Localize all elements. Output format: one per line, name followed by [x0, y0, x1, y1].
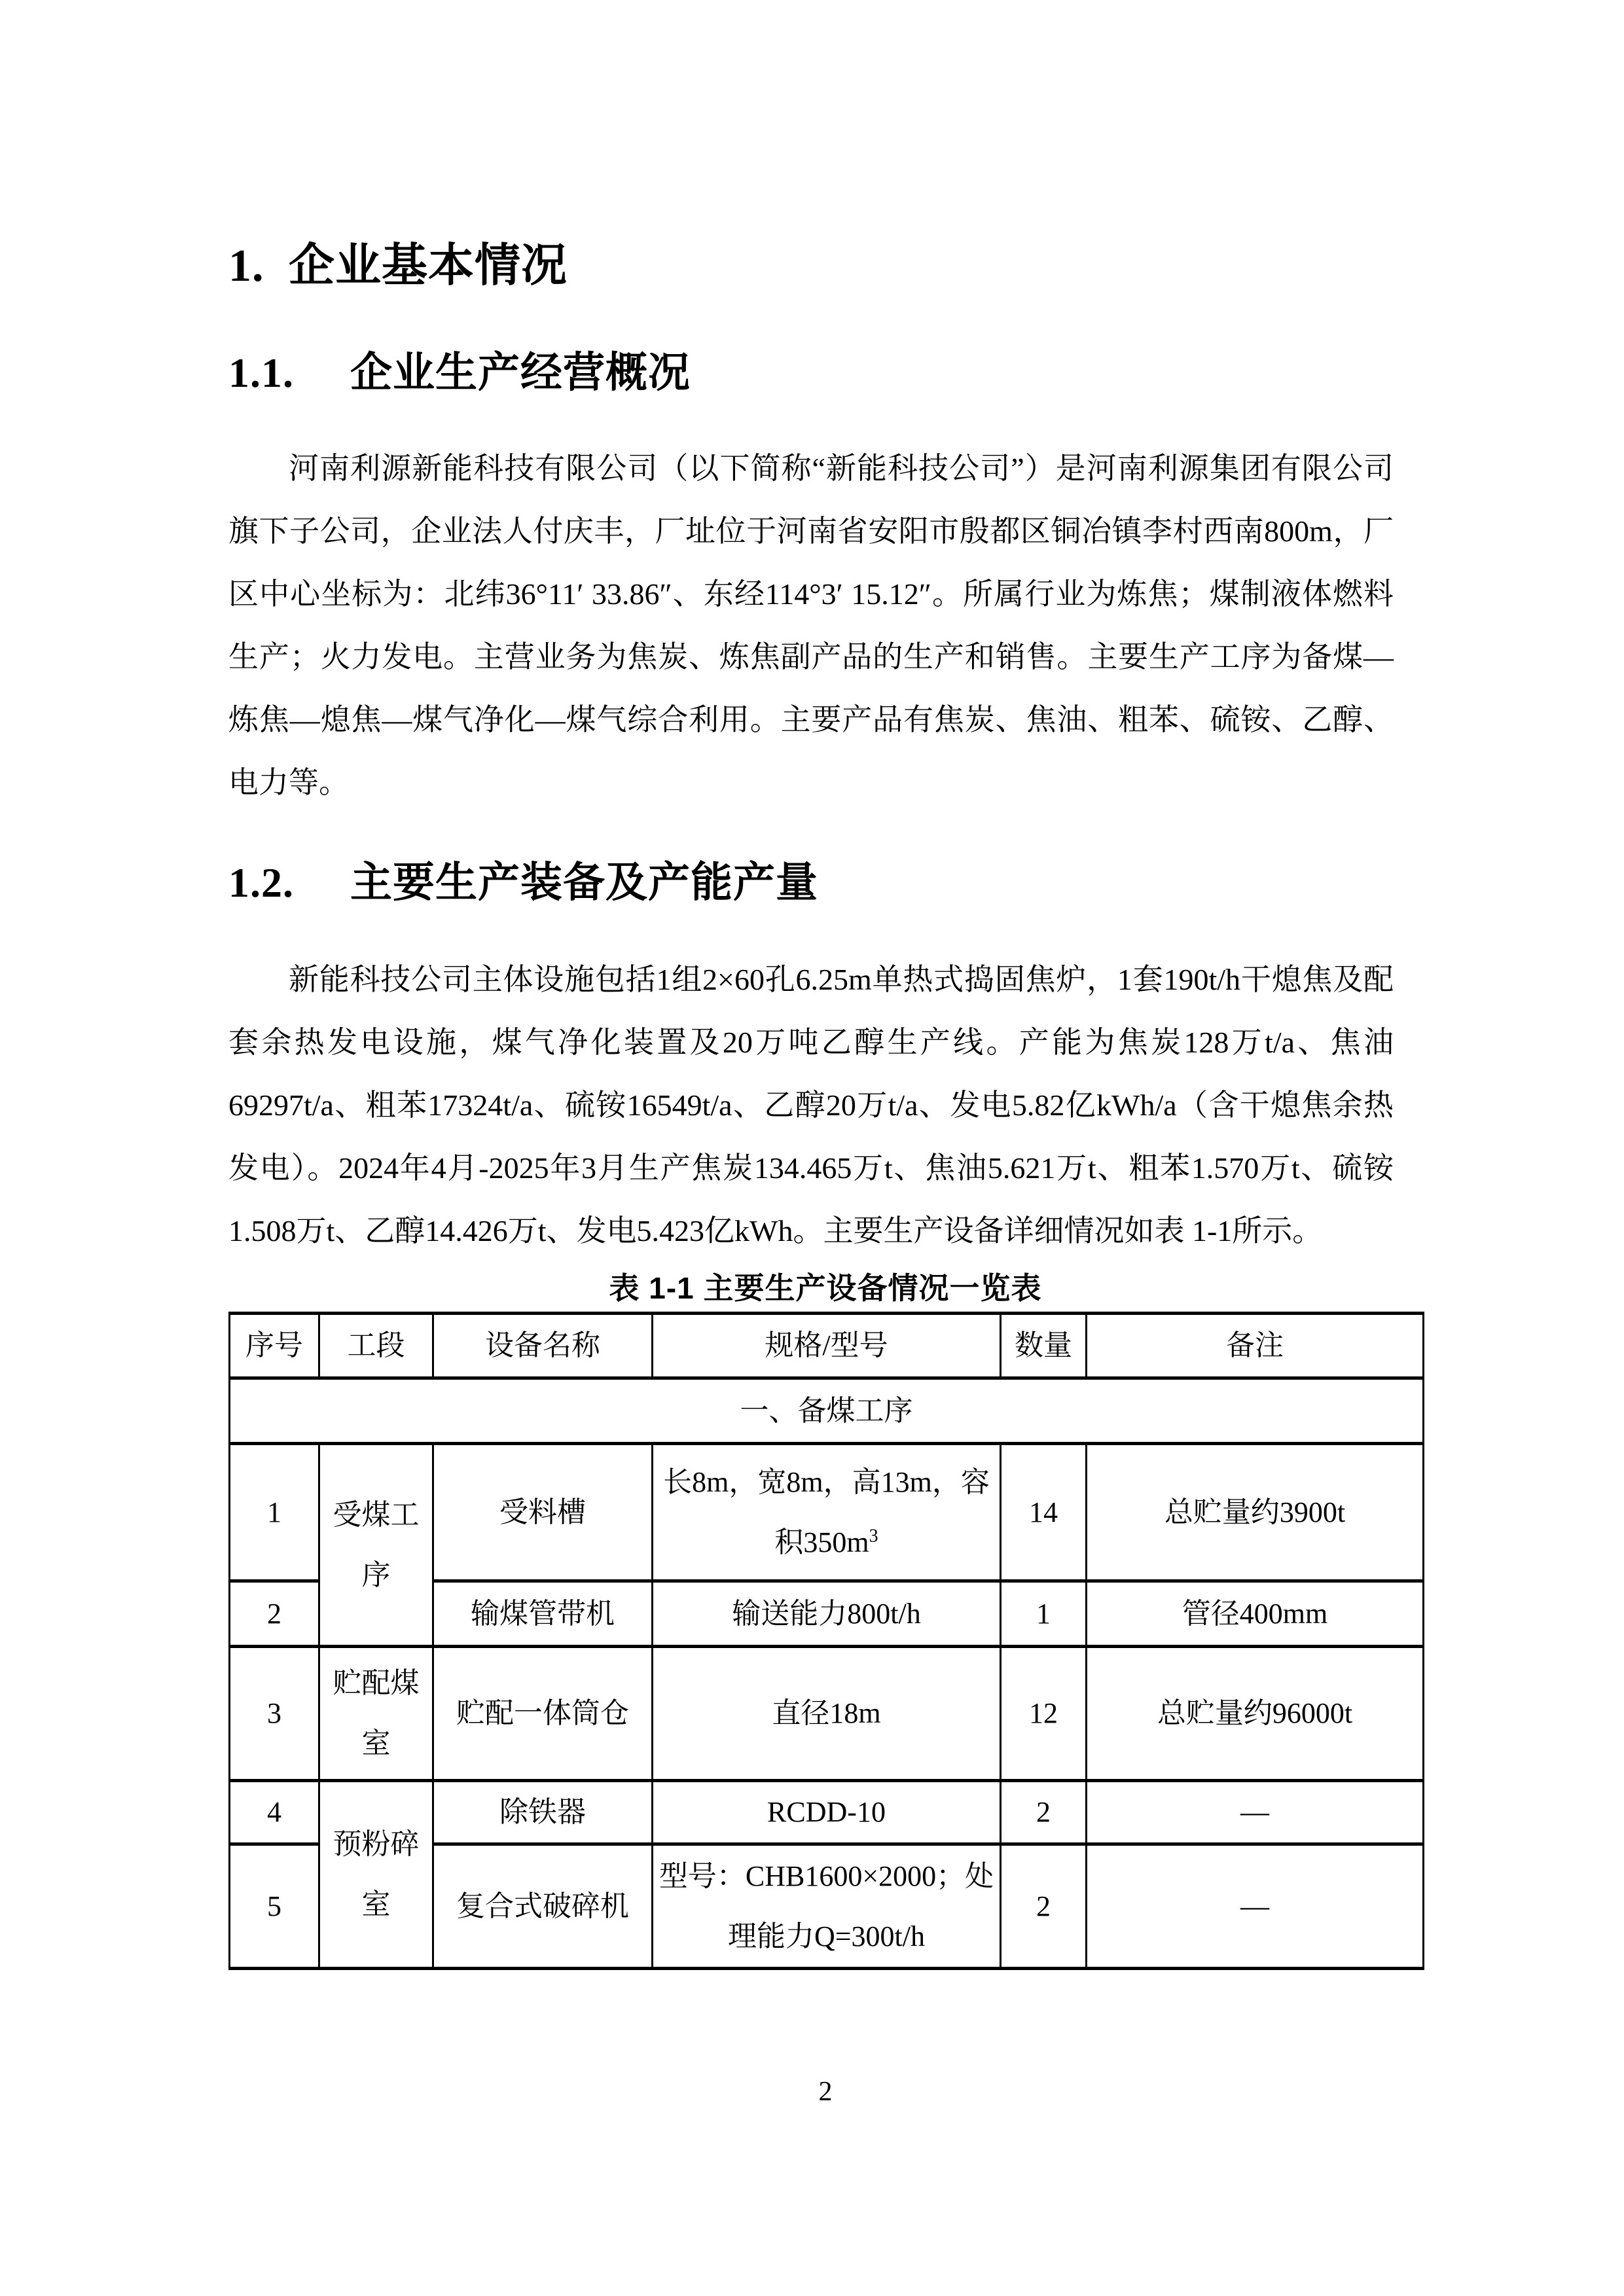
page-number: 2	[228, 2078, 1422, 2106]
cell-no: 2	[230, 1581, 319, 1647]
cell-stage: 预粉碎室	[319, 1781, 433, 1969]
paragraph-company-overview: 河南利源新能科技有限公司（以下简称“新能科技公司”）是河南利源集团有限公司旗下子…	[228, 437, 1422, 814]
cell-note: —	[1087, 1781, 1424, 1844]
cell-no: 3	[230, 1647, 319, 1781]
superscript: 3	[869, 1526, 878, 1546]
cell-note: 总贮量约3900t	[1087, 1444, 1424, 1581]
cell-qty: 2	[1001, 1781, 1087, 1844]
column-header-no: 序号	[230, 1314, 319, 1378]
heading-section-1-2: 1.2.主要生产装备及产能产量	[228, 861, 1422, 904]
column-header-device: 设备名称	[433, 1314, 653, 1378]
table-row: 3 贮配煤室 贮配一体筒仓 直径18m 12 总贮量约96000t	[230, 1647, 1424, 1781]
cell-note: 总贮量约96000t	[1087, 1647, 1424, 1781]
cell-device: 复合式破碎机	[433, 1844, 653, 1969]
cell-no: 1	[230, 1444, 319, 1581]
cell-qty: 2	[1001, 1844, 1087, 1969]
cell-stage: 贮配煤室	[319, 1647, 433, 1781]
cell-qty: 12	[1001, 1647, 1087, 1781]
heading-section-1-1: 1.1.企业生产经营概况	[228, 351, 1422, 394]
cell-spec: RCDD-10	[653, 1781, 1001, 1844]
cell-stage: 受煤工序	[319, 1444, 433, 1647]
column-header-note: 备注	[1087, 1314, 1424, 1378]
cell-device: 受料槽	[433, 1444, 653, 1581]
cell-device: 输煤管带机	[433, 1581, 653, 1647]
table-row: 4 预粉碎室 除铁器 RCDD-10 2 —	[230, 1781, 1424, 1844]
column-header-qty: 数量	[1001, 1314, 1087, 1378]
equipment-table: 序号 工段 设备名称 规格/型号 数量 备注 一、备煤工序 1 受煤工序 受料槽…	[228, 1312, 1424, 1970]
column-header-spec: 规格/型号	[653, 1314, 1001, 1378]
section-title: 一、备煤工序	[230, 1378, 1424, 1444]
table-row: 1 受煤工序 受料槽 长8m，宽8m，高13m，容积350m3 14 总贮量约3…	[230, 1444, 1424, 1581]
heading-number: 1.	[228, 243, 289, 289]
cell-no: 5	[230, 1844, 319, 1969]
cell-qty: 14	[1001, 1444, 1087, 1581]
cell-device: 除铁器	[433, 1781, 653, 1844]
cell-no: 4	[230, 1781, 319, 1844]
heading-text: 企业生产经营概况	[350, 349, 691, 396]
cell-spec: 输送能力800t/h	[653, 1581, 1001, 1647]
cell-spec: 直径18m	[653, 1647, 1001, 1781]
table-header-row: 序号 工段 设备名称 规格/型号 数量 备注	[230, 1314, 1424, 1378]
cell-note: 管径400mm	[1087, 1581, 1424, 1647]
table-section-row: 一、备煤工序	[230, 1378, 1424, 1444]
table-caption: 表 1-1 主要生产设备情况一览表	[228, 1273, 1422, 1303]
heading-text: 主要生产装备及产能产量	[350, 859, 818, 906]
heading-number: 1.2.	[228, 862, 350, 904]
cell-spec: 长8m，宽8m，高13m，容积350m3	[653, 1444, 1001, 1581]
paragraph-equipment-capacity: 新能科技公司主体设施包括1组2×60孔6.25m单热式捣固焦炉，1套190t/h…	[228, 948, 1422, 1263]
document-page: 1.企业基本情况 1.1.企业生产经营概况 河南利源新能科技有限公司（以下简称“…	[0, 0, 1624, 2296]
cell-note: —	[1087, 1844, 1424, 1969]
column-header-stage: 工段	[319, 1314, 433, 1378]
heading-number: 1.1.	[228, 352, 350, 394]
heading-text: 企业基本情况	[289, 240, 568, 291]
cell-spec: 型号：CHB1600×2000；处理能力Q=300t/h	[653, 1844, 1001, 1969]
heading-section-1: 1.企业基本情况	[228, 242, 1422, 289]
cell-device: 贮配一体筒仓	[433, 1647, 653, 1781]
cell-qty: 1	[1001, 1581, 1087, 1647]
